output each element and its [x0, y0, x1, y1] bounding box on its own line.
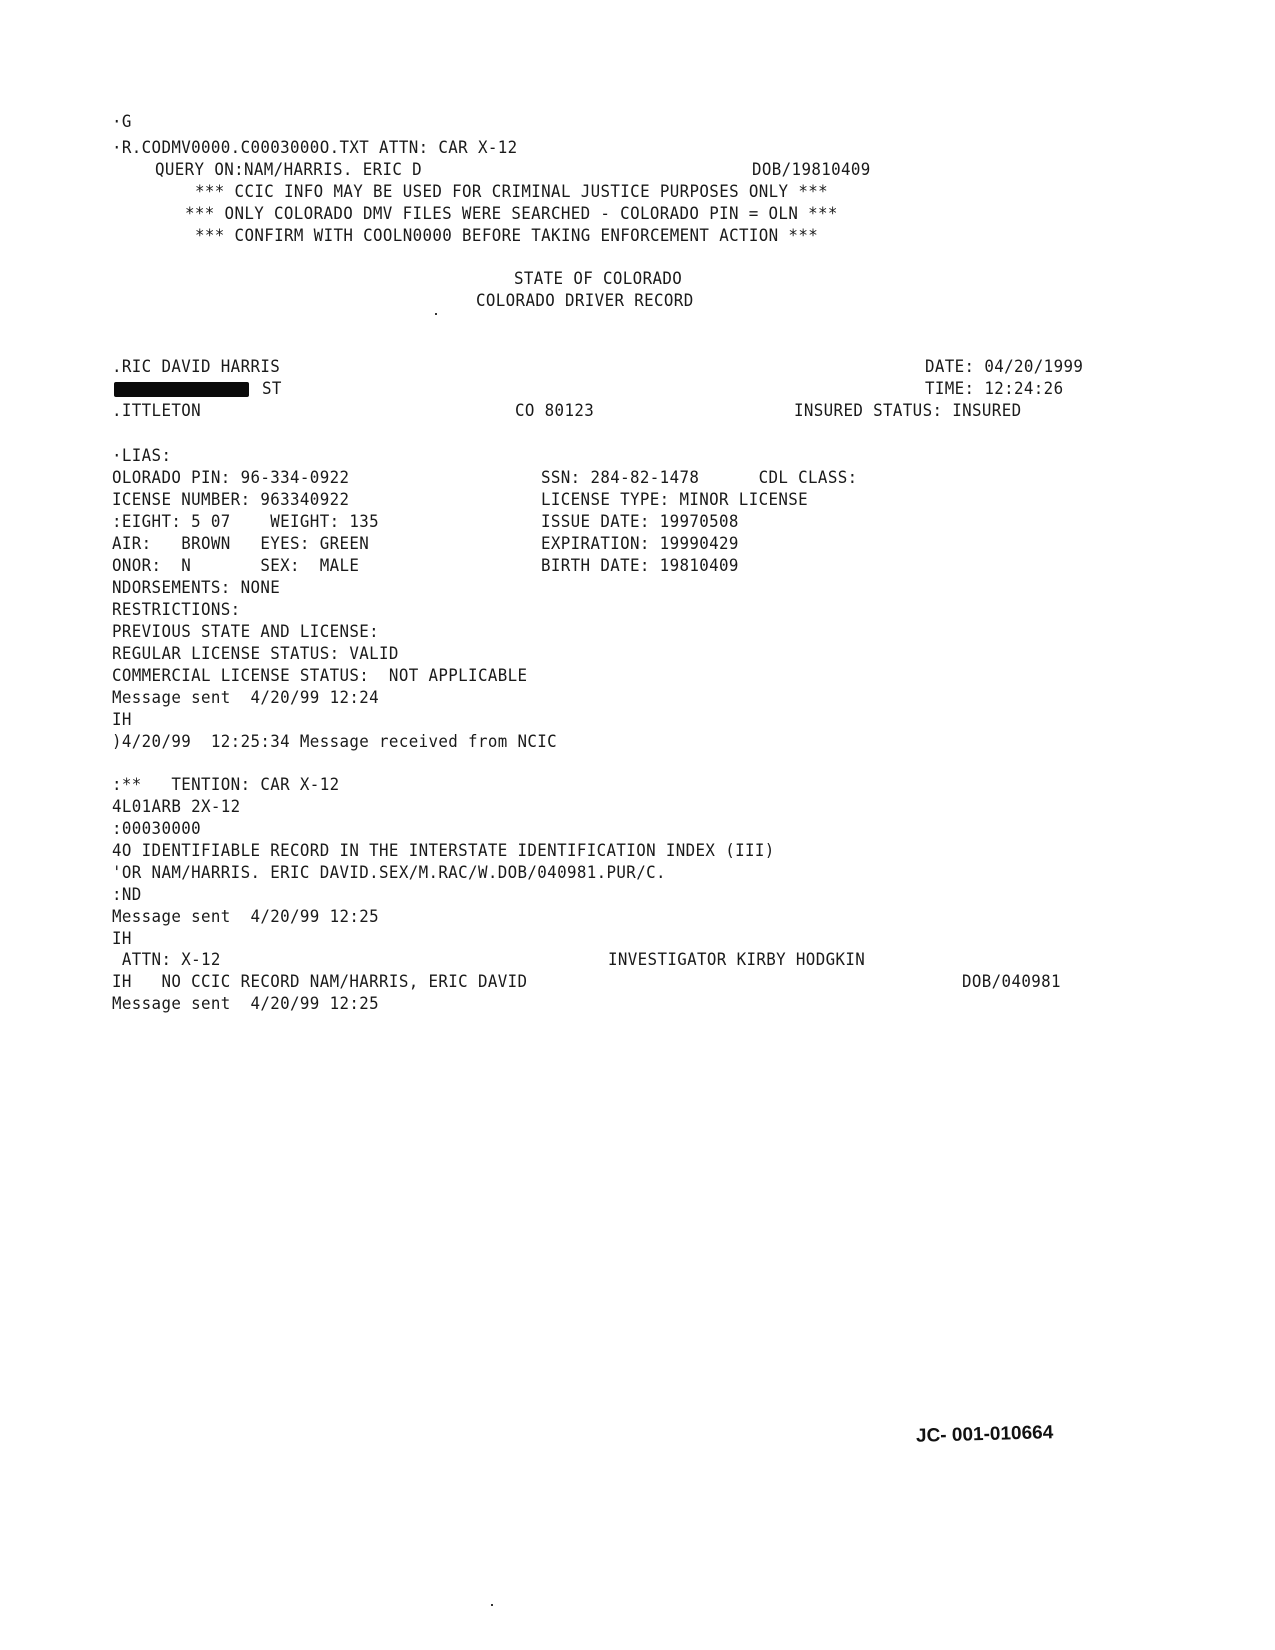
attn-line: ATTN: X-12 — [112, 950, 221, 970]
ncic-row-7: Message sent 4/20/99 12:25 — [112, 907, 379, 927]
record-right-row-2: LICENSE TYPE: MINOR LICENSE — [541, 490, 808, 510]
person-name: .RIC DAVID HARRIS — [112, 357, 280, 377]
record-status-row-8: )4/20/99 12:25:34 Message received from … — [112, 732, 557, 752]
document-page: ·G ·R.CODMV0000.C0003000O.TXT ATTN: CAR … — [0, 0, 1275, 1650]
record-status-row-4: REGULAR LICENSE STATUS: VALID — [112, 644, 399, 664]
ncic-row-4: 4O IDENTIFIABLE RECORD IN THE INTERSTATE… — [112, 841, 775, 861]
record-status-row-6: Message sent 4/20/99 12:24 — [112, 688, 379, 708]
record-left-row-2: ICENSE NUMBER: 963340922 — [112, 490, 349, 510]
state-title: STATE OF COLORADO — [514, 269, 682, 289]
record-right-row-4: EXPIRATION: 19990429 — [541, 534, 739, 554]
street-suffix: ST — [262, 379, 282, 399]
warning-2: *** ONLY COLORADO DMV FILES WERE SEARCHE… — [185, 204, 838, 224]
record-status-row-2: RESTRICTIONS: — [112, 600, 241, 620]
query-dob: DOB/19810409 — [752, 160, 871, 180]
query-line: QUERY ON:NAM/HARRIS. ERIC D — [155, 160, 422, 180]
ncic-row-5: 'OR NAM/HARRIS. ERIC DAVID.SEX/M.RAC/W.D… — [112, 863, 666, 883]
report-time: TIME: 12:24:26 — [925, 379, 1063, 399]
record-right-row-3: ISSUE DATE: 19970508 — [541, 512, 739, 532]
ncic-row-6: :ND — [112, 885, 142, 905]
redacted-street — [114, 382, 249, 397]
record-left-row-4: AIR: BROWN EYES: GREEN — [112, 534, 369, 554]
scan-speck — [435, 313, 437, 315]
record-title: COLORADO DRIVER RECORD — [476, 291, 694, 311]
ncic-row-8: IH — [112, 929, 132, 949]
ncic-row-1: :** TENTION: CAR X-12 — [112, 775, 339, 795]
alias: ·LIAS: — [112, 446, 171, 466]
no-record-dob: DOB/040981 — [962, 972, 1061, 992]
warning-3: *** CONFIRM WITH COOLN0000 BEFORE TAKING… — [195, 226, 818, 246]
header-mark: ·G — [112, 112, 132, 132]
scan-speck — [491, 1604, 493, 1606]
record-left-row-5: ONOR: N SEX: MALE — [112, 556, 359, 576]
ncic-row-2: 4L01ARB 2X-12 — [112, 797, 241, 817]
report-date: DATE: 04/20/1999 — [925, 357, 1083, 377]
record-left-row-3: :EIGHT: 5 07 WEIGHT: 135 — [112, 512, 379, 532]
record-right-row-1: SSN: 284-82-1478 CDL CLASS: — [541, 468, 858, 488]
warning-1: *** CCIC INFO MAY BE USED FOR CRIMINAL J… — [195, 182, 828, 202]
record-status-row-1: NDORSEMENTS: NONE — [112, 578, 280, 598]
city: .ITTLETON — [112, 401, 201, 421]
final-message-sent: Message sent 4/20/99 12:25 — [112, 994, 379, 1014]
file-line: ·R.CODMV0000.C0003000O.TXT ATTN: CAR X-1… — [112, 138, 518, 158]
insured-status: INSURED STATUS: INSURED — [794, 401, 1021, 421]
record-status-row-7: IH — [112, 710, 132, 730]
record-right-row-5: BIRTH DATE: 19810409 — [541, 556, 739, 576]
record-status-row-3: PREVIOUS STATE AND LICENSE: — [112, 622, 379, 642]
no-record-line: IH NO CCIC RECORD NAM/HARRIS, ERIC DAVID — [112, 972, 527, 992]
ncic-row-3: :00030000 — [112, 819, 201, 839]
state-zip: CO 80123 — [515, 401, 594, 421]
investigator: INVESTIGATOR KIRBY HODGKIN — [608, 950, 865, 970]
record-status-row-5: COMMERCIAL LICENSE STATUS: NOT APPLICABL… — [112, 666, 527, 686]
bates-stamp: JC- 001-010664 — [916, 1422, 1054, 1448]
record-left-row-1: OLORADO PIN: 96-334-0922 — [112, 468, 349, 488]
